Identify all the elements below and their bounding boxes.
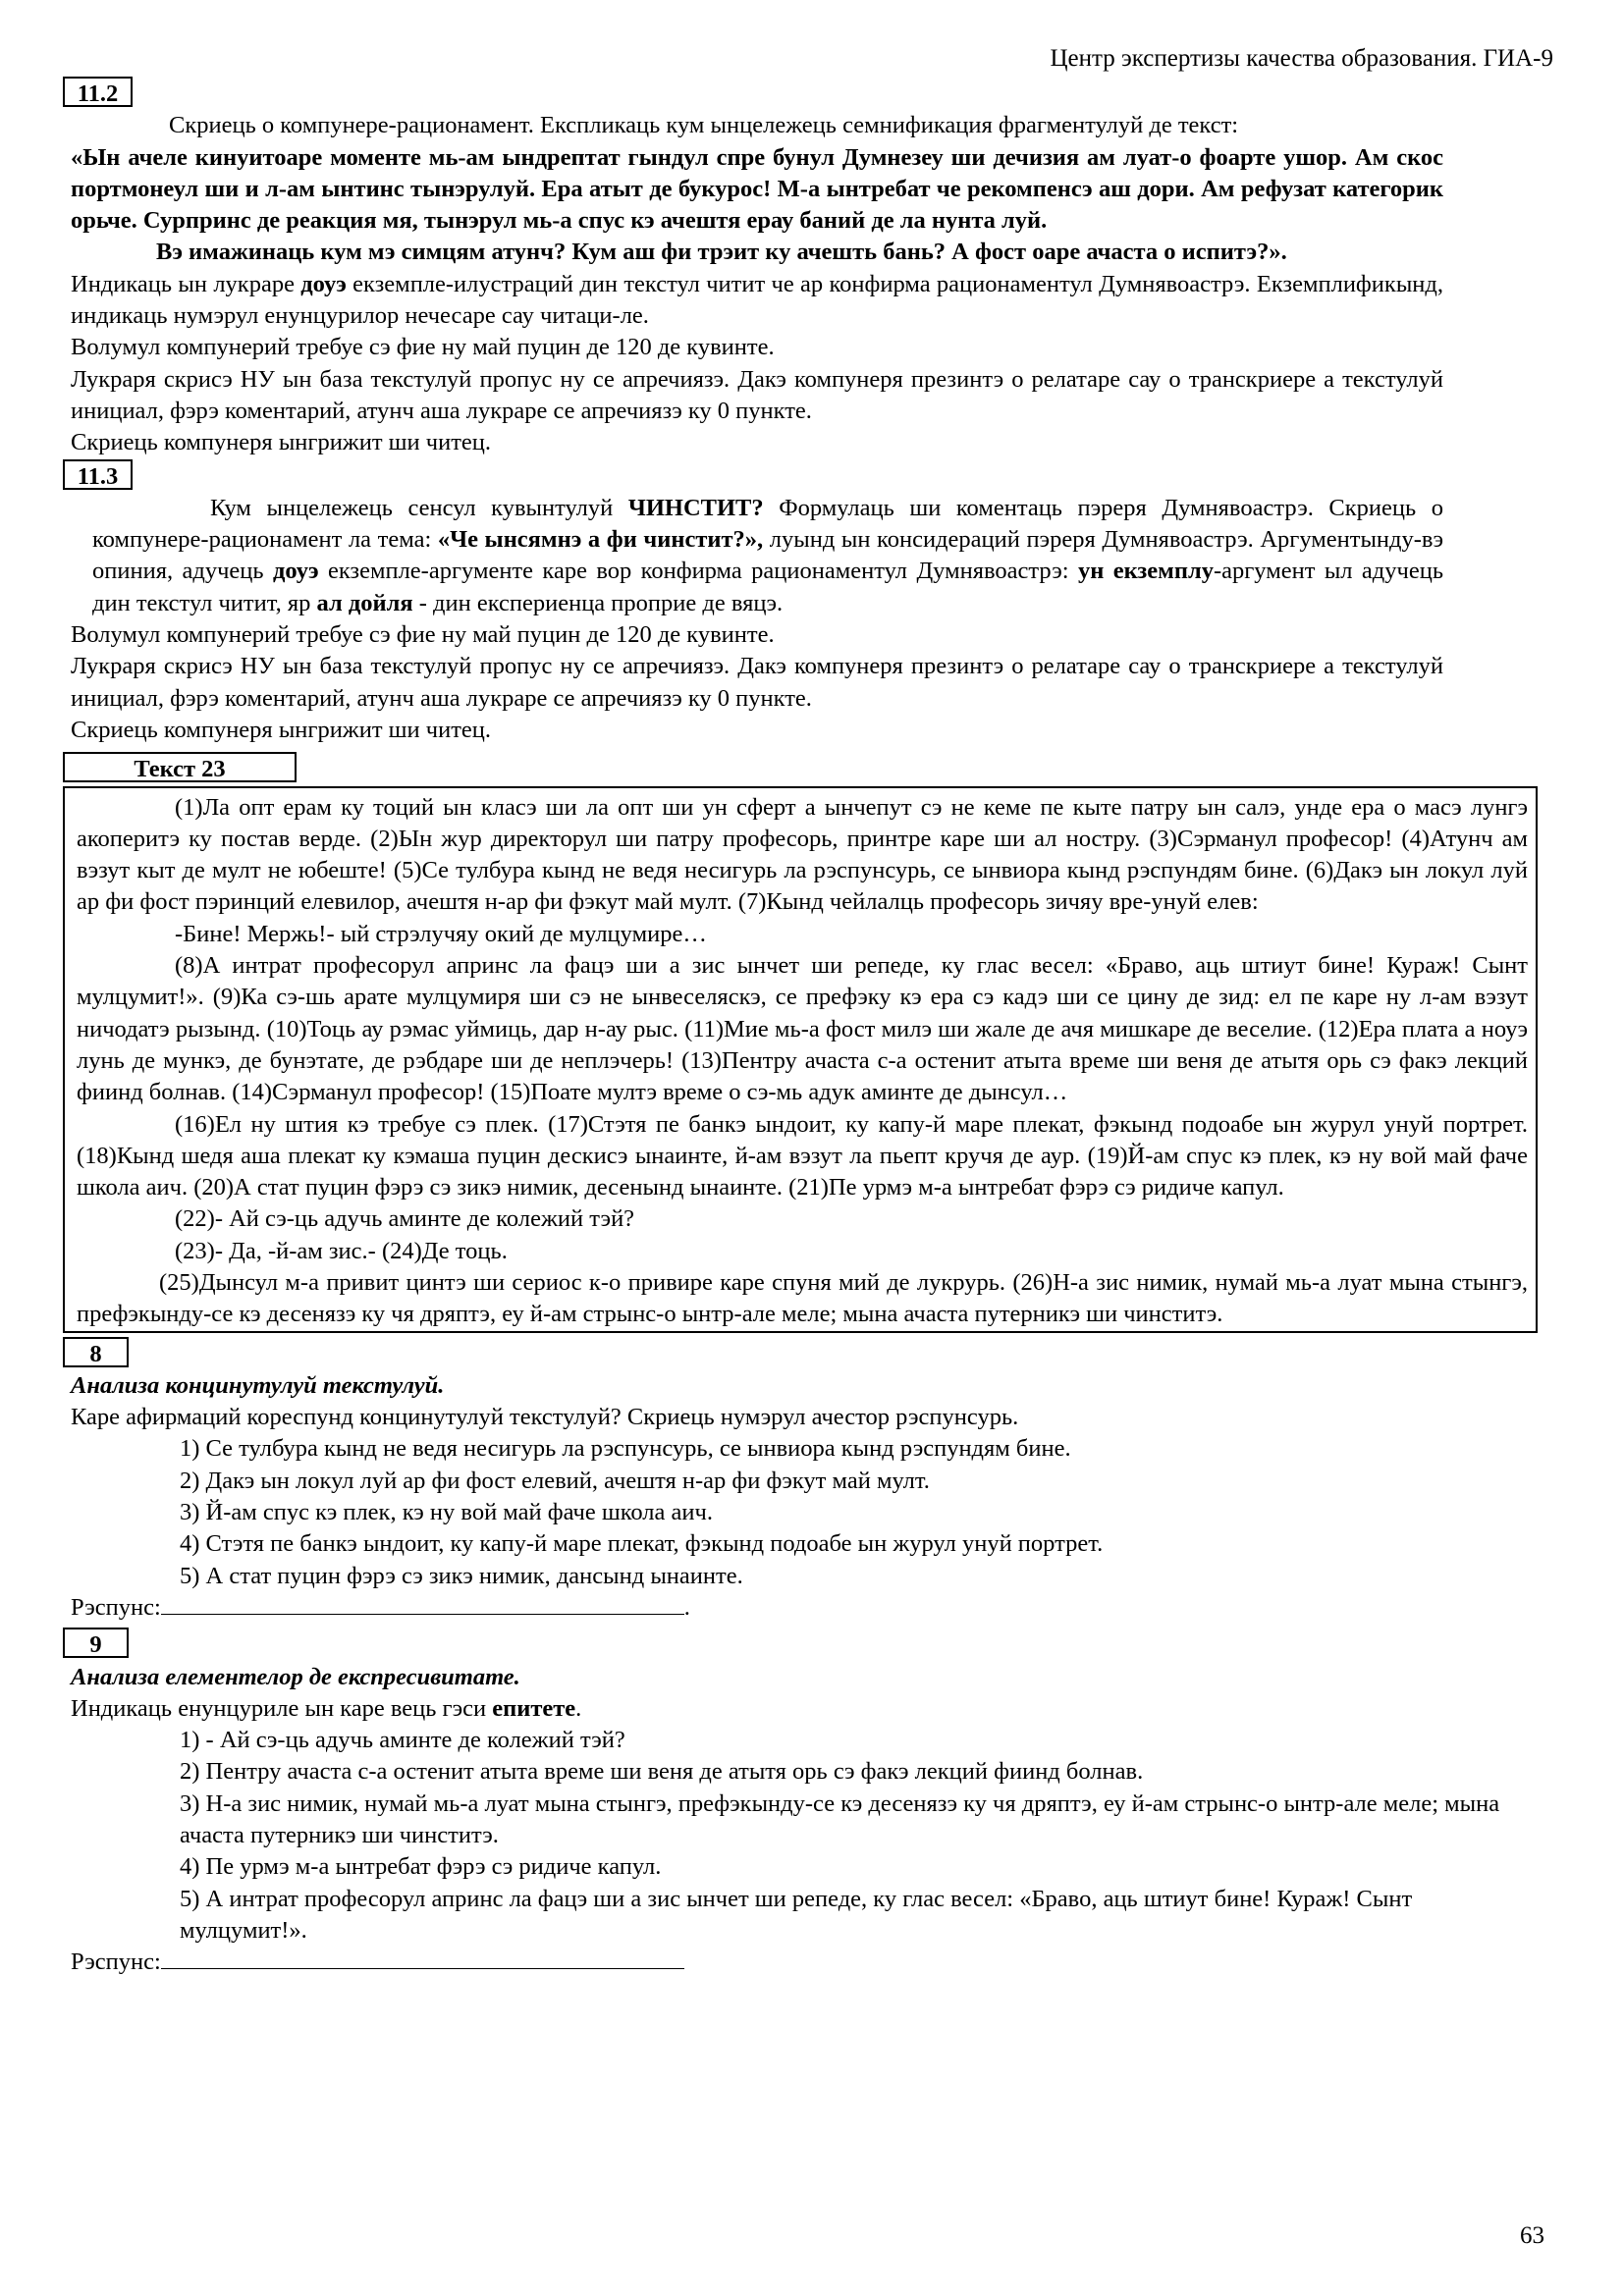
text-paragraph: (22)- Ай сэ-ць адучь аминте де колежий т…: [77, 1203, 1528, 1235]
task-11-3-rule: Лукраря скрисэ НУ ын база текстулуй проп…: [71, 651, 1443, 715]
text-23-frame: (1)Ла опт ерам ку тоций ын класэ ши ла о…: [63, 786, 1538, 1333]
text-paragraph: (1)Ла опт ерам ку тоций ын класэ ши ла о…: [77, 792, 1528, 919]
answer-field[interactable]: [161, 1947, 684, 1969]
text-23-label: Текст 23: [63, 752, 297, 782]
text-paragraph: (8)А интрат професорул апринс ла фацэ ши…: [77, 950, 1528, 1108]
page-number: 63: [1520, 2220, 1544, 2252]
option-item: 2) Дакэ ын локул луй ар фи фост елевий, …: [180, 1466, 1443, 1497]
option-item: 2) Пентру ачаста с-а остенит атыта време…: [180, 1756, 1515, 1788]
task-11-2-volume: Волумул компунерий требуе сэ фие ну май …: [71, 332, 1443, 363]
task-label-9: 9: [63, 1628, 129, 1658]
option-item: 4) Стэтя пе банкэ ындоит, ку капу-й маре…: [180, 1528, 1443, 1560]
page-header: Центр экспертизы качества образования. Г…: [1051, 43, 1554, 75]
task-11-2-instruction: Индикаць ын лукраре доуэ екземпле-илустр…: [71, 269, 1443, 333]
task-9-options: 1) - Ай сэ-ць адучь аминте де колежий тэ…: [71, 1725, 1515, 1947]
task-9-title: Анализа елементелор де експресивитате.: [71, 1662, 1443, 1693]
text-paragraph: (16)Ел ну штия кэ требуе сэ плек. (17)Ст…: [77, 1109, 1528, 1204]
task-11-2-rule: Лукраря скрисэ НУ ын база текстулуй проп…: [71, 364, 1443, 428]
task-11-2-neat: Скриець компунеря ынгрижит ши читец.: [71, 427, 1443, 458]
option-item: 1) Се тулбура кынд не ведя несигурь ла р…: [180, 1433, 1443, 1465]
option-item: 1) - Ай сэ-ць адучь аминте де колежий тэ…: [180, 1725, 1515, 1756]
task-label-11-2: 11.2: [63, 77, 133, 107]
text-paragraph: (25)Дынсул м-а привит цинтэ ши сериос к-…: [77, 1267, 1528, 1331]
task-8-options: 1) Се тулбура кынд не ведя несигурь ла р…: [71, 1433, 1443, 1591]
option-item: 5) А стат пуцин фэрэ сэ зикэ нимик, данс…: [180, 1561, 1443, 1592]
task-label-11-3: 11.3: [63, 459, 133, 490]
option-item: 3) Й-ам спус кэ плек, кэ ну вой май фаче…: [180, 1497, 1443, 1528]
task-11-2-quote-2: Вэ имажинаць кум мэ симцям атунч? Кум аш…: [71, 237, 1443, 268]
option-item: 3) Н-а зис нимик, нумай мь-а луат мына с…: [180, 1789, 1515, 1852]
option-item: 4) Пе урмэ м-а ынтребат фэрэ сэ ридиче к…: [180, 1851, 1515, 1883]
option-item: 5) А интрат професорул апринс ла фацэ ши…: [180, 1884, 1515, 1948]
task-8-question: Каре афирмаций кореспунд концинутулуй те…: [71, 1402, 1443, 1433]
task-9-question: Индикаць енунцуриле ын каре вець гэси еп…: [71, 1693, 1443, 1725]
task-8-title: Анализа концинутулуй текстулуй.: [71, 1370, 1443, 1402]
task-11-2-quote-1: «Ын ачеле кинуитоаре моменте мь-ам ындре…: [71, 142, 1443, 238]
page-content: 11.2 Скриець о компунере-рационамент. Ек…: [71, 77, 1443, 1979]
task-9-answer: Рэспунс:: [71, 1947, 1443, 1978]
task-11-3-neat: Скриець компунеря ынгрижит ши читец.: [71, 715, 1443, 746]
task-11-2-intro: Скриець о компунере-рационамент. Експлик…: [71, 110, 1443, 141]
task-8-answer: Рэспунс:.: [71, 1592, 1443, 1624]
answer-field[interactable]: [161, 1592, 684, 1615]
task-label-8: 8: [63, 1337, 129, 1367]
task-11-3-prompt: Кум ынцележець сенсул кувынтулуй ЧИНСТИТ…: [71, 493, 1443, 619]
text-paragraph: -Бине! Мержь!- ый стрэлучяу окий де мулц…: [77, 919, 1528, 950]
text-paragraph: (23)- Да, -й-ам зис.- (24)Де тоць.: [77, 1236, 1528, 1267]
task-11-3-volume: Волумул компунерий требуе сэ фие ну май …: [71, 619, 1443, 651]
